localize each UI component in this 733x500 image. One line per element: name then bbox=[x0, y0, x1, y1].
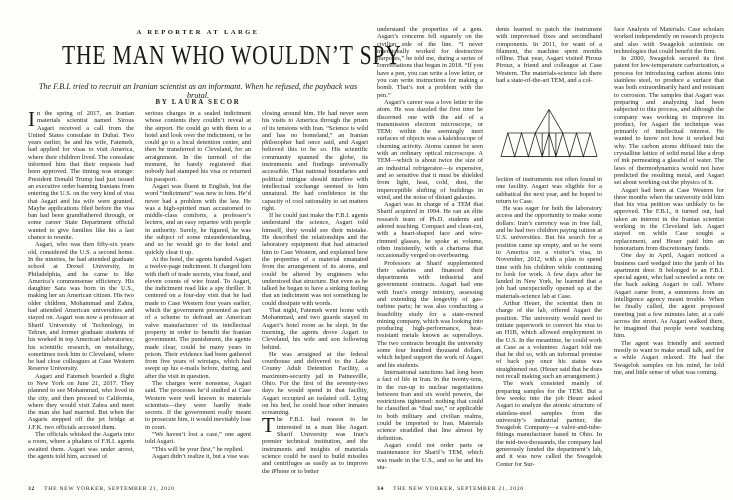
right-page-column-1: understand the properties of a gem. Asga… bbox=[377, 26, 483, 483]
paragraph: face Analysis of Materials. Case scholar… bbox=[614, 26, 724, 55]
drop-cap: T bbox=[262, 416, 277, 434]
paragraph: Asgari, who was then fifty-six years old… bbox=[28, 241, 134, 372]
paragraph: Asgari’s career was a love letter to the… bbox=[377, 99, 483, 201]
right-page-column-2-upper: dents learned to patch the instrument wi… bbox=[496, 26, 602, 92]
paragraph: In 2000, Swagelok secured its first pate… bbox=[614, 55, 724, 186]
article-subtitle: The F.B.I. tried to recruit an Iranian s… bbox=[28, 82, 368, 100]
paragraph: The officials whisked the Asgaris into a… bbox=[28, 431, 134, 460]
paragraph: Professors at Sharif supplemented their … bbox=[377, 260, 483, 369]
paragraph: “We haven’t lost a case,” one agent told… bbox=[145, 431, 251, 446]
section-kicker: A REPORTER AT LARGE bbox=[28, 29, 368, 36]
paragraph: Asgari was in charge of a TEM that Shari… bbox=[377, 201, 483, 259]
paragraph: understand the properties of a gem. Asga… bbox=[377, 26, 483, 99]
spot-illustration-truss bbox=[497, 98, 603, 170]
drop-cap: I bbox=[28, 110, 37, 128]
left-page-column-1: In the spring of 2017, an Iranian materi… bbox=[28, 110, 134, 482]
paragraph: He was eager for both the laboratory acc… bbox=[496, 205, 602, 300]
paragraph: If he could just make the F.B.I. agents … bbox=[262, 212, 368, 307]
paragraph: Asgari could not order parts or maintena… bbox=[377, 442, 483, 471]
left-page-folio: 32THE NEW YORKER, SEPTEMBER 21, 2020 bbox=[28, 486, 175, 492]
right-page-column-2-lower: lection of instruments not often found i… bbox=[496, 176, 602, 483]
paragraph: He was arraigned at the federal courthou… bbox=[262, 351, 368, 417]
paragraph: Asgari had been at Case Western for thre… bbox=[614, 187, 724, 253]
article-byline: BY LAURA SECOR bbox=[28, 99, 368, 106]
paragraph: Arthur Heuer, the scientist then in char… bbox=[496, 300, 602, 380]
right-page-number: 34 bbox=[377, 486, 384, 492]
paragraph: At the hotel, the agents handed Asgari a… bbox=[145, 256, 251, 380]
paragraph: dents learned to patch the instrument wi… bbox=[496, 26, 602, 84]
article-title: THE MAN WHO WOULDN’T SPY bbox=[62, 40, 334, 71]
paragraph: The work consisted mainly of preparing s… bbox=[496, 380, 602, 468]
truss-zigzag-icon bbox=[498, 103, 602, 165]
paragraph: The agent was friendly and seemed mostly… bbox=[614, 340, 724, 376]
right-page-folio: 34THE NEW YORKER, SEPTEMBER 21, 2020 bbox=[377, 486, 524, 492]
paragraph: International sanctions had long been a … bbox=[377, 369, 483, 442]
paragraph: Asgari and Fatemeh boarded a flight to N… bbox=[28, 373, 134, 431]
paragraph: “This will be your first,” he replied. bbox=[145, 446, 251, 453]
paragraph: serious charges in a sealed indictment w… bbox=[145, 110, 251, 183]
magazine-spread: A REPORTER AT LARGE THE MAN WHO WOULDN’T… bbox=[0, 0, 733, 500]
paragraph: Asgari didn’t realize it, but a vise was bbox=[145, 453, 251, 460]
right-folio-text: THE NEW YORKER, SEPTEMBER 21, 2020 bbox=[393, 486, 524, 492]
left-page-column-3: closing around him. He had never seen hi… bbox=[262, 110, 368, 482]
right-page-column-3: face Analysis of Materials. Case scholar… bbox=[614, 26, 724, 483]
paragraph: Asgari was fluent in English, but the wo… bbox=[145, 183, 251, 256]
left-folio-text: THE NEW YORKER, SEPTEMBER 21, 2020 bbox=[44, 486, 175, 492]
paragraph: closing around him. He had never seen hi… bbox=[262, 110, 368, 212]
left-page-column-2: serious charges in a sealed indictment w… bbox=[145, 110, 251, 482]
paragraph: One day in April, Asgari noticed a busin… bbox=[614, 252, 724, 340]
paragraph: That night, Fatemeh went home with Moham… bbox=[262, 307, 368, 351]
paragraph: lection of instruments not often found i… bbox=[496, 176, 602, 205]
paragraph: The charges were nonsense, Asgari said. … bbox=[145, 380, 251, 431]
paragraph-section-start: The F.B.I. had reason to be interested i… bbox=[262, 416, 368, 474]
left-page-number: 32 bbox=[28, 486, 35, 492]
paragraph: In the spring of 2017, an Iranian materi… bbox=[28, 110, 134, 241]
